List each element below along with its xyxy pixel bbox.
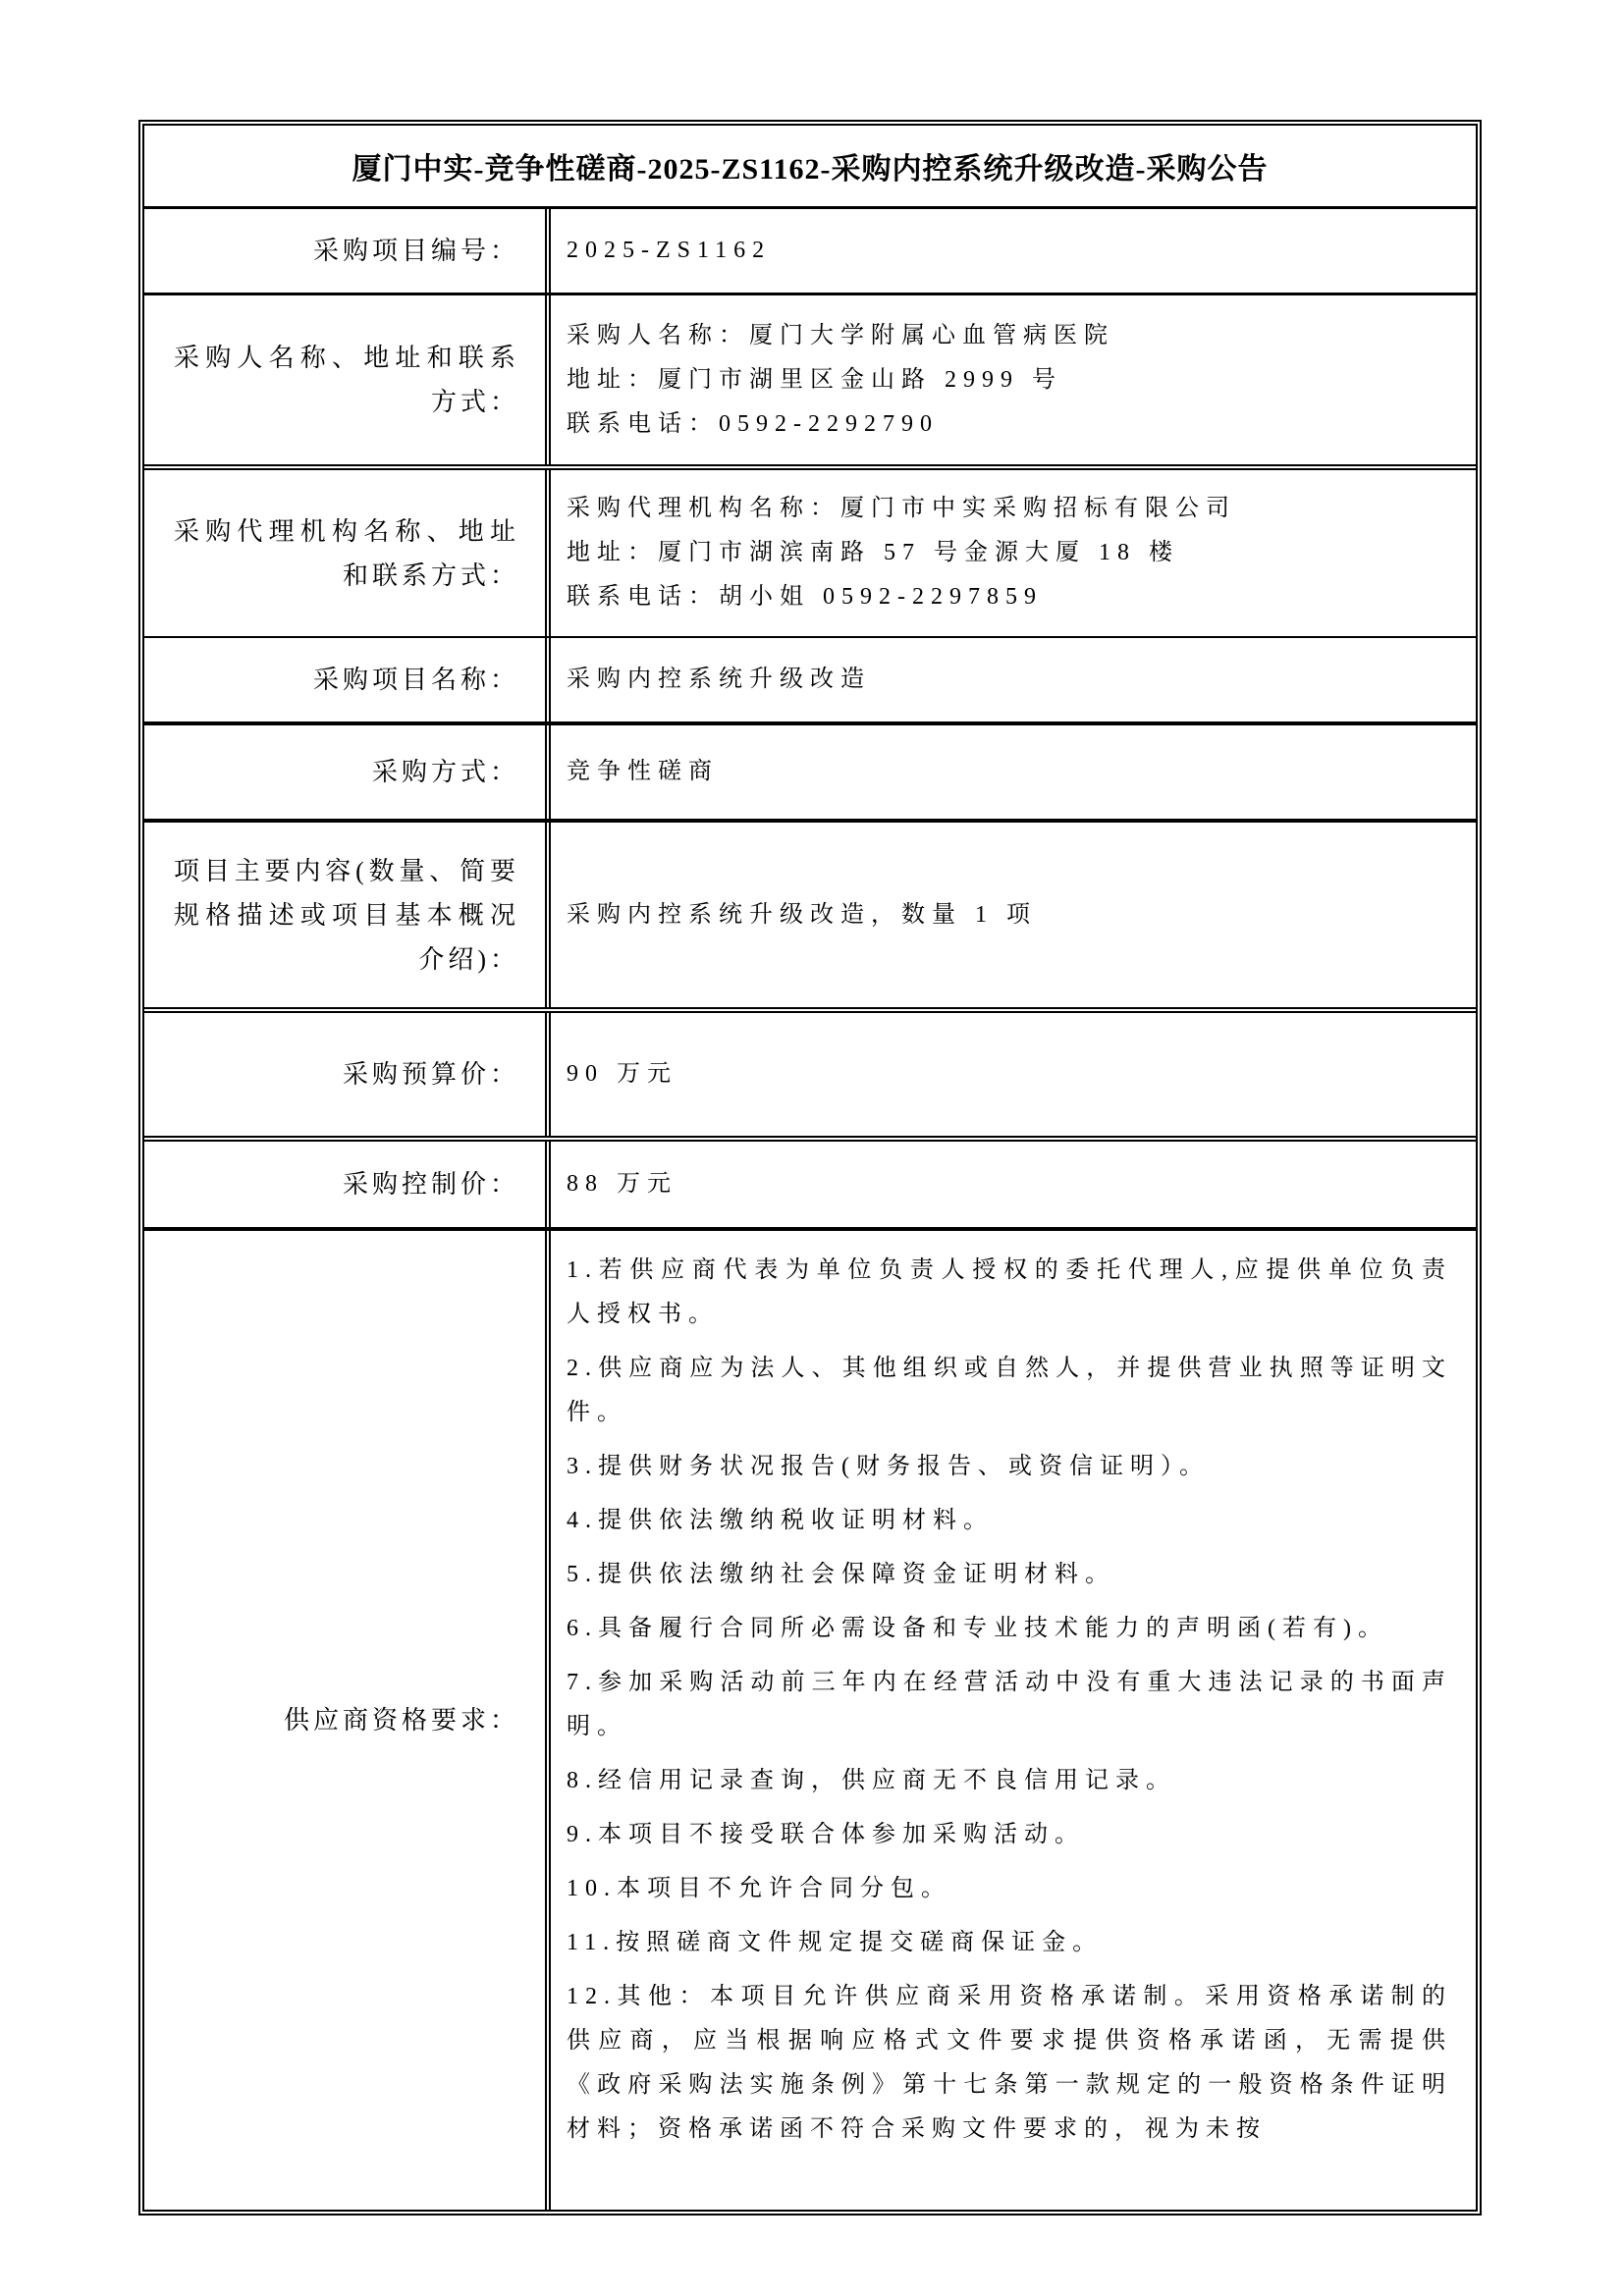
supplier-qualifications-list: 1.若供应商代表为单位负责人授权的委托代理人,应提供单位负责人授权书。 2.供应… — [551, 1231, 1476, 2210]
control-price-label: 采购控制价： — [144, 1142, 551, 1227]
project-content-value: 采购内控系统升级改造，数量 1 项 — [551, 823, 1476, 1007]
row-supplier-qualifications: 供应商资格要求： 1.若供应商代表为单位负责人授权的委托代理人,应提供单位负责人… — [144, 1227, 1476, 2210]
purchaser-info-label: 采购人名称、地址和联系方式： — [144, 295, 551, 464]
budget-price-value: 90 万元 — [551, 1013, 1476, 1136]
notice-title-row: 厦门中实-竞争性磋商-2025-ZS1162-采购内控系统升级改造-采购公告 — [144, 126, 1476, 206]
agency-phone-line: 联系电话：胡小姐 0592-2297859 — [567, 575, 1452, 619]
row-project-content: 项目主要内容(数量、简要规格描述或项目基本概况介绍)： 采购内控系统升级改造，数… — [144, 819, 1476, 1007]
qualification-item-11: 11.按照磋商文件规定提交磋商保证金。 — [567, 1921, 1452, 1965]
qualification-item-3: 3.提供财务状况报告(财务报告、或资信证明）。 — [567, 1445, 1452, 1489]
qualification-item-12: 12.其他：本项目允许供应商采用资格承诺制。采用资格承诺制的供应商，应当根据响应… — [567, 1975, 1452, 2152]
project-name-value: 采购内控系统升级改造 — [551, 638, 1476, 721]
row-procurement-method: 采购方式： 竞争性磋商 — [144, 721, 1476, 819]
qualification-item-4: 4.提供依法缴纳税收证明材料。 — [567, 1499, 1452, 1543]
document-page: 厦门中实-竞争性磋商-2025-ZS1162-采购内控系统升级改造-采购公告 采… — [0, 0, 1624, 2296]
notice-title: 厦门中实-竞争性磋商-2025-ZS1162-采购内控系统升级改造-采购公告 — [144, 126, 1476, 206]
agency-info-label: 采购代理机构名称、地址和联系方式： — [144, 470, 551, 636]
row-purchaser-info: 采购人名称、地址和联系方式： 采购人名称：厦门大学附属心血管病医院 地址：厦门市… — [144, 293, 1476, 464]
row-project-name: 采购项目名称： 采购内控系统升级改造 — [144, 636, 1476, 721]
qualification-item-2: 2.供应商应为法人、其他组织或自然人，并提供营业执照等证明文件。 — [567, 1347, 1452, 1435]
qualification-item-5: 5.提供依法缴纳社会保障资金证明材料。 — [567, 1553, 1452, 1597]
purchaser-info-value: 采购人名称：厦门大学附属心血管病医院 地址：厦门市湖里区金山路 2999 号 联… — [551, 295, 1476, 464]
procurement-method-label: 采购方式： — [144, 725, 551, 819]
row-budget-price: 采购预算价： 90 万元 — [144, 1007, 1476, 1136]
budget-price-label: 采购预算价： — [144, 1013, 551, 1136]
qualification-item-10: 10.本项目不允许合同分包。 — [567, 1867, 1452, 1911]
project-number-label: 采购项目编号： — [144, 209, 551, 293]
qualification-item-1: 1.若供应商代表为单位负责人授权的委托代理人,应提供单位负责人授权书。 — [567, 1249, 1452, 1337]
procurement-notice-table: 厦门中实-竞争性磋商-2025-ZS1162-采购内控系统升级改造-采购公告 采… — [138, 120, 1482, 2216]
agency-address-line: 地址：厦门市湖滨南路 57 号金源大厦 18 楼 — [567, 531, 1452, 575]
procurement-method-value: 竞争性磋商 — [551, 725, 1476, 819]
agency-info-value: 采购代理机构名称：厦门市中实采购招标有限公司 地址：厦门市湖滨南路 57 号金源… — [551, 470, 1476, 636]
project-name-label: 采购项目名称： — [144, 638, 551, 721]
purchaser-phone-line: 联系电话：0592-2292790 — [567, 402, 1452, 447]
qualification-item-6: 6.具备履行合同所必需设备和专业技术能力的声明函(若有)。 — [567, 1607, 1452, 1651]
row-project-number: 采购项目编号： 2025-ZS1162 — [144, 206, 1476, 293]
project-content-label: 项目主要内容(数量、简要规格描述或项目基本概况介绍)： — [144, 823, 551, 1007]
purchaser-name-line: 采购人名称：厦门大学附属心血管病医院 — [567, 314, 1452, 358]
row-agency-info: 采购代理机构名称、地址和联系方式： 采购代理机构名称：厦门市中实采购招标有限公司… — [144, 464, 1476, 636]
agency-name-line: 采购代理机构名称：厦门市中实采购招标有限公司 — [567, 487, 1452, 531]
qualification-item-8: 8.经信用记录查询，供应商无不良信用记录。 — [567, 1759, 1452, 1803]
supplier-qualifications-label: 供应商资格要求： — [144, 1231, 551, 2210]
qualification-item-7: 7.参加采购活动前三年内在经营活动中没有重大违法记录的书面声明。 — [567, 1661, 1452, 1749]
row-control-price: 采购控制价： 88 万元 — [144, 1136, 1476, 1227]
qualification-item-9: 9.本项目不接受联合体参加采购活动。 — [567, 1813, 1452, 1857]
purchaser-address-line: 地址：厦门市湖里区金山路 2999 号 — [567, 358, 1452, 402]
project-number-value: 2025-ZS1162 — [551, 209, 1476, 293]
control-price-value: 88 万元 — [551, 1142, 1476, 1227]
